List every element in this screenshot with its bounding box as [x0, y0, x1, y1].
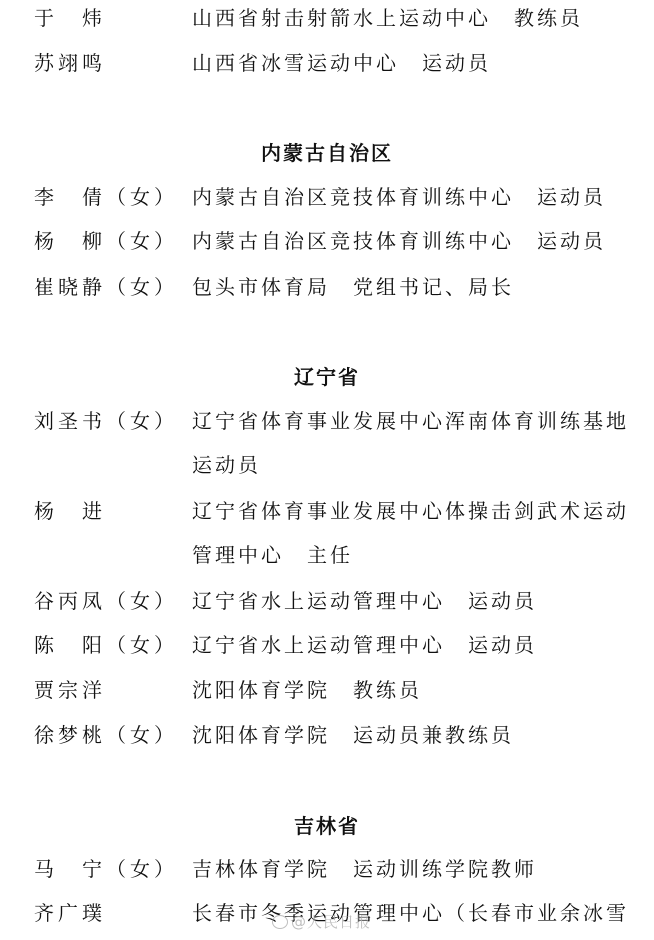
- weibo-icon: [272, 915, 288, 929]
- section-header-liaoning: 辽宁省: [0, 365, 654, 389]
- document-page: 于 炜 山西省射击射箭水上运动中心 教练员 苏翊鸣 山西省冰雪运动中心 运动员 …: [0, 0, 654, 940]
- entry-name: 于 炜: [34, 6, 106, 30]
- section-header-text: 内蒙古自治区: [261, 141, 393, 165]
- entry-detail: 包头市体育局 党组书记、局长: [192, 275, 514, 299]
- entry-detail: 辽宁省水上运动管理中心 运动员: [192, 589, 537, 613]
- watermark: @人民日报: [272, 912, 371, 932]
- entry-name: 陈 阳（女）: [34, 633, 178, 657]
- watermark-text: @人民日报: [291, 913, 371, 931]
- entry-detail: 长春市冬季运动管理中心（长春市业余冰雪: [192, 901, 629, 925]
- section-header-text: 辽宁省: [294, 365, 360, 389]
- entry-detail-continued: 管理中心 主任: [192, 543, 353, 567]
- entry-name: 李 倩（女）: [34, 185, 178, 209]
- entry-detail: 沈阳体育学院 运动员兼教练员: [192, 723, 514, 747]
- entry-name: 谷丙凤（女）: [34, 589, 178, 613]
- section-header-neimenggu: 内蒙古自治区: [0, 141, 654, 165]
- entry-name: 苏翊鸣: [34, 51, 106, 75]
- entry-detail: 内蒙古自治区竞技体育训练中心 运动员: [192, 229, 606, 253]
- entry-detail-continued: 运动员: [192, 453, 261, 477]
- entry-detail: 吉林体育学院 运动训练学院教师: [192, 857, 537, 881]
- entry-detail: 山西省冰雪运动中心 运动员: [192, 51, 491, 75]
- entry-name: 刘圣书（女）: [34, 409, 178, 433]
- entry-name: 贾宗洋: [34, 678, 106, 702]
- section-header-jilin: 吉林省: [0, 814, 654, 838]
- entry-name: 杨 柳（女）: [34, 229, 178, 253]
- entry-detail: 沈阳体育学院 教练员: [192, 678, 422, 702]
- entry-name: 杨 进: [34, 499, 106, 523]
- entry-detail: 辽宁省体育事业发展中心浑南体育训练基地: [192, 409, 629, 433]
- entry-name: 徐梦桃（女）: [34, 723, 178, 747]
- entry-detail: 辽宁省体育事业发展中心体操击剑武术运动: [192, 499, 629, 523]
- entry-name: 马 宁（女）: [34, 857, 178, 881]
- entry-detail: 山西省射击射箭水上运动中心 教练员: [192, 6, 583, 30]
- entry-name: 齐广璞: [34, 901, 106, 925]
- section-header-text: 吉林省: [294, 814, 360, 838]
- entry-detail: 内蒙古自治区竞技体育训练中心 运动员: [192, 185, 606, 209]
- entry-name: 崔晓静（女）: [34, 275, 178, 299]
- entry-detail: 辽宁省水上运动管理中心 运动员: [192, 633, 537, 657]
